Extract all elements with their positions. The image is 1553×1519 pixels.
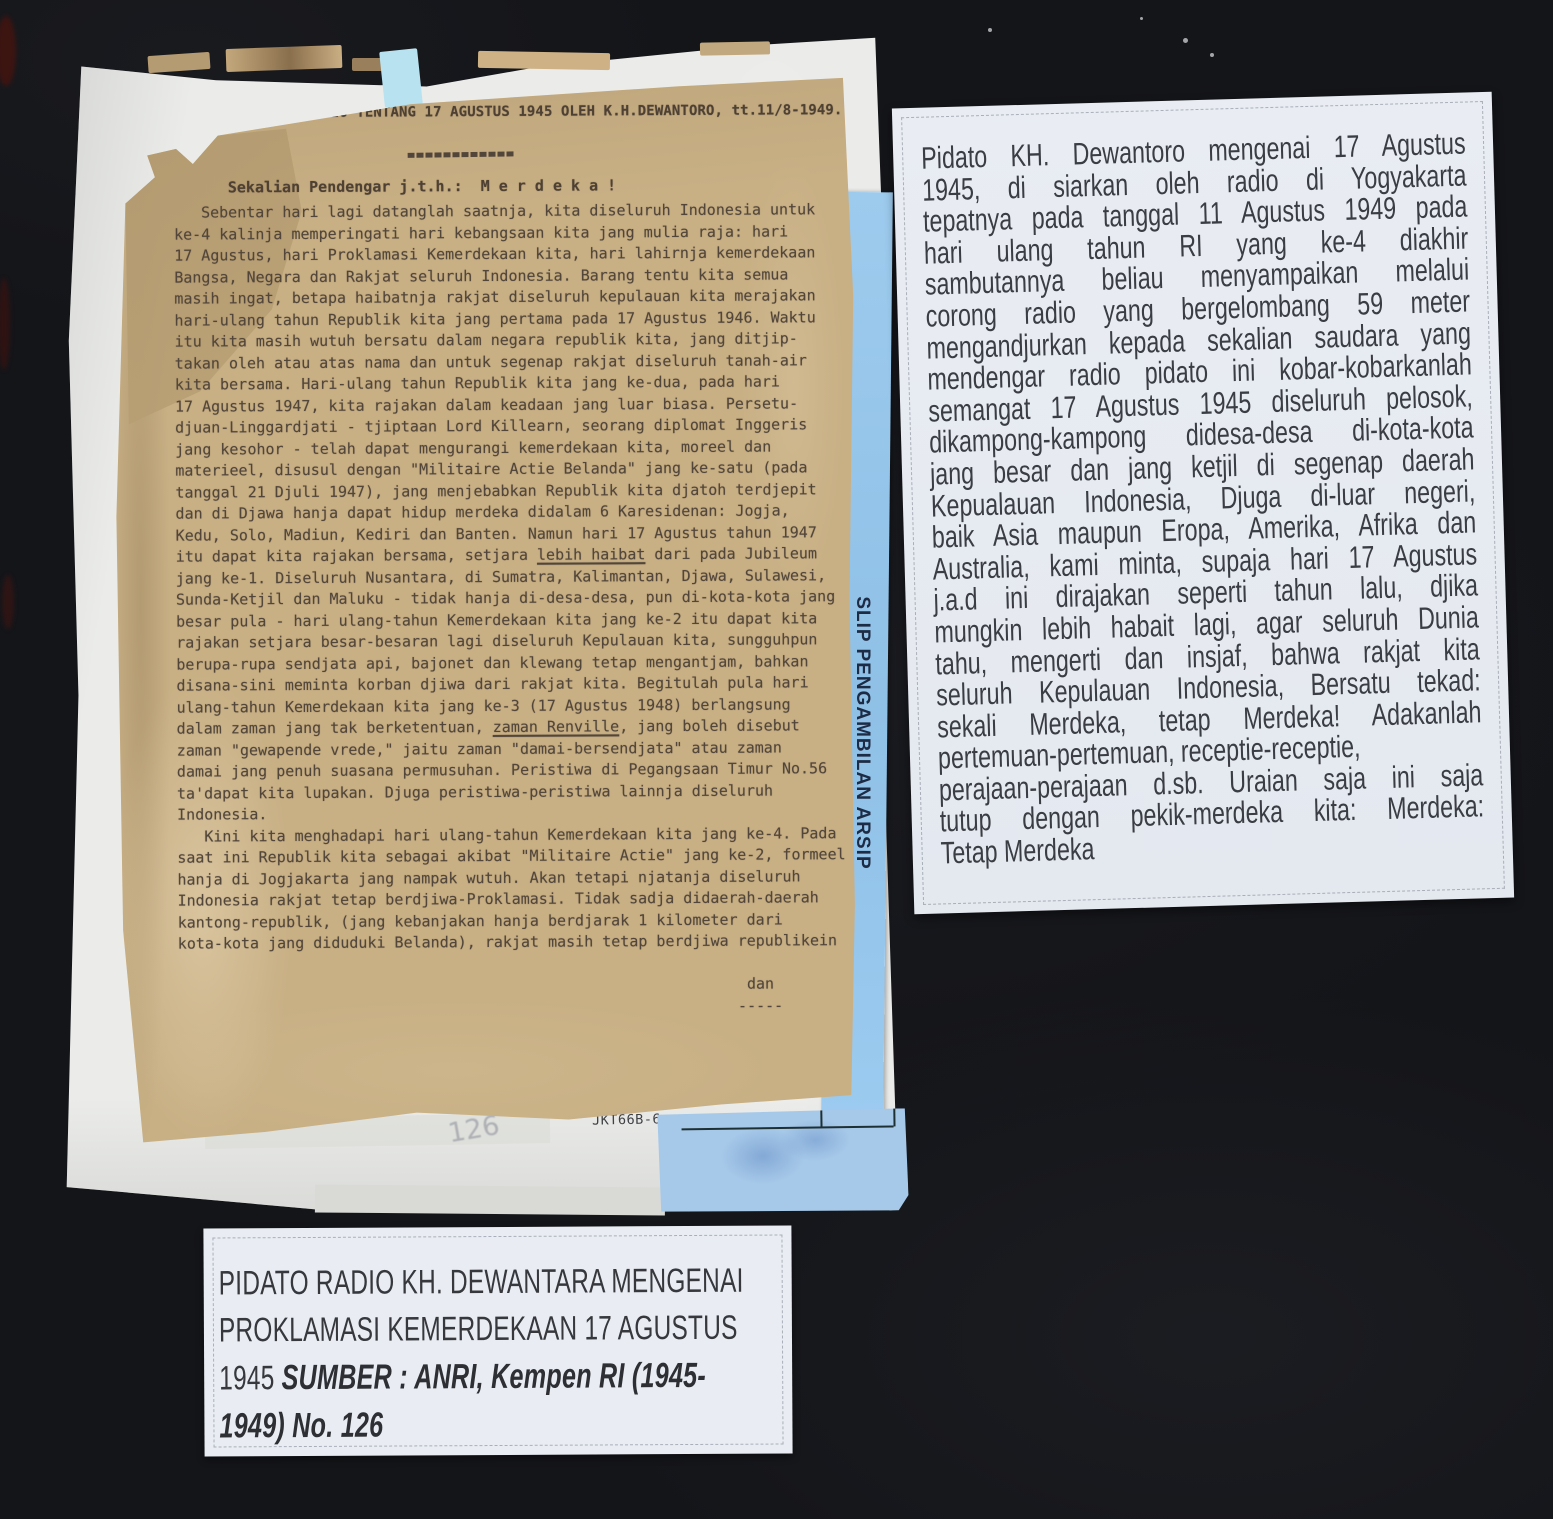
doc-line: disana-sini meminta korban djiwa dari ra… [176,672,844,697]
pen-line [893,1108,895,1126]
doc-line: Sebentar hari lagi datanglah saatnja, ki… [174,199,842,224]
doc-line: kita bersama. Hari-ulang tahun Republik … [175,371,843,396]
archive-photo-board: SLIP PENGAMBILAN ARSIP 126 JKT66B-6 PIDA… [0,0,1553,1519]
under-sheet-edge [315,1184,665,1215]
torn-paper-fragment [147,52,210,73]
doc-line: itu kita masih wutuh bersatu dalam negar… [175,328,843,353]
caption-line-3-regular: 1945 [219,1359,282,1397]
red-smudge [2,575,14,629]
dust-speck [1183,38,1188,43]
doc-line: masih ingat, betapa haibatnja rakjat dis… [174,285,842,310]
doc-line: damai jang penuh suasana permusuhan. Per… [177,758,845,783]
doc-line: saat ini Republik kita sebagai akibat "M… [177,844,845,869]
doc-line: 17 Agustus, hari Proklamasi Kemerdekaan … [174,242,842,267]
typewritten-document: PIDATO-RADIO TENTANG 17 AGUSTUS 1945 OLE… [107,56,873,1148]
doc-line: dan di Djawa hanja dapat hidup merdeka d… [175,500,843,525]
torn-paper-fragment [700,41,770,55]
doc-line: dan [178,973,846,998]
doc-line: Sunda-Ketjil dan Maluku - tidak hanja di… [176,586,844,611]
caption-line-2: PROKLAMASI KEMERDEKAAN 17 AGUSTUS [219,1304,788,1354]
caption-line-3: 1945 SUMBER : ANRI, Kempen RI (1945- [219,1351,788,1402]
caption-text: PIDATO RADIO KH. DEWANTARA MENGENAI PROK… [219,1257,789,1449]
archive-slip-label: SLIP PENGAMBILAN ARSIP [851,583,873,883]
pen-line [682,1125,894,1130]
pen-line [820,1109,822,1127]
dust-speck [1140,17,1143,20]
caption-line-1: PIDATO RADIO KH. DEWANTARA MENGENAI [219,1257,788,1307]
doc-line: dalam zaman jang tak berketentuan, zaman… [177,715,845,740]
doc-line: Indonesia rakjat tetap berdjiwa-Proklama… [178,887,846,912]
red-smudge [0,16,16,86]
doc-line: ta'dapat kita lupakan. Djuga peristiwa-p… [177,780,845,805]
doc-line: rajakan setjara besar-besaran lagi disel… [176,629,844,654]
torn-paper-fragment [478,51,610,70]
description-panel: Pidato KH. Dewantoro mengenai 17 Agustus… [892,92,1514,914]
doc-body: Sebentar hari lagi datanglah saatnja, ki… [174,199,847,1019]
dust-speck [1210,53,1214,57]
typed-divider-rule [408,151,514,157]
caption-label: PIDATO RADIO KH. DEWANTARA MENGENAI PROK… [203,1225,792,1456]
red-smudge [0,278,10,370]
blue-paper-tab [379,48,423,108]
caption-line-3-source: SUMBER : ANRI, Kempen RI (1945- [281,1356,706,1397]
doc-line: materieel, disusul dengan "Militaire Act… [175,457,843,482]
torn-paper-fragment [226,45,343,72]
doc-line: itu dapat kita rajakan bersama, setjara … [176,543,844,568]
dust-speck [988,28,992,32]
caption-line-4: 1949) No. 126 [219,1399,788,1449]
panel-text: Pidato KH. Dewantoro mengenai 17 Agustus… [921,128,1486,870]
archive-slip-bottom [657,1108,908,1213]
doc-line: kota-kota jang diduduki Belanda), rakjat… [178,930,846,955]
doc-line: ----- [178,995,846,1020]
document-salutation: Sekalian Pendengar j.t.h.: M e r d e k a… [228,176,616,196]
doc-line: djuan-Linggardjati - tjiptaan Lord Kille… [175,414,843,439]
